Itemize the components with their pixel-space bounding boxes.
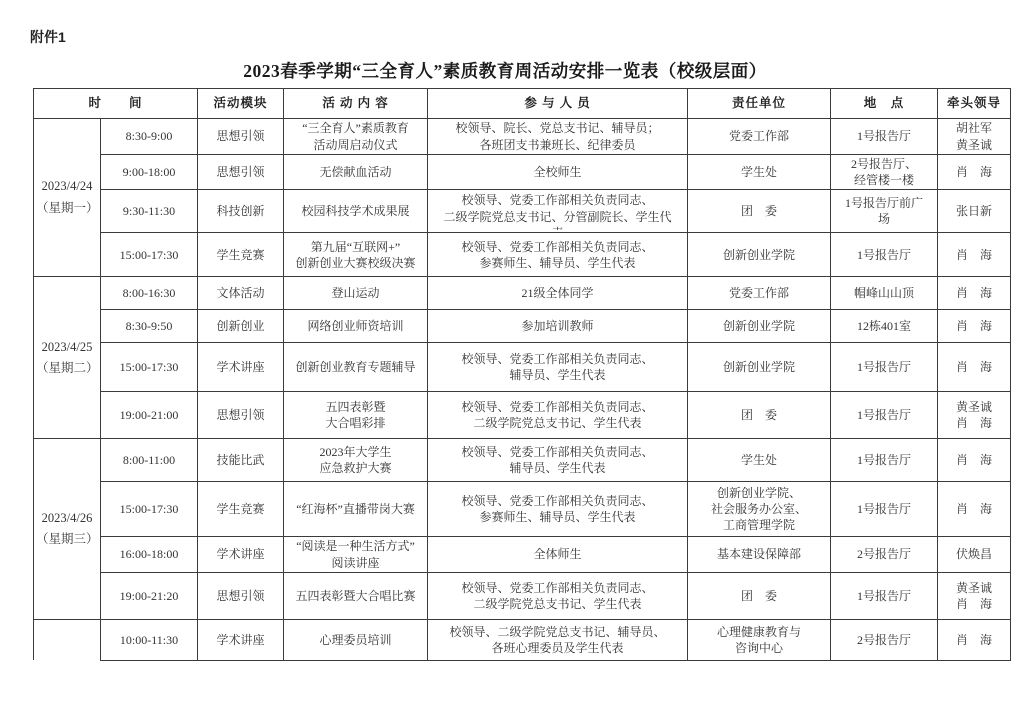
table-row: 2023/4/25 （星期二） 8:00-16:30 文体活动 登山运动 21级… bbox=[34, 277, 1011, 310]
cell-leader: 肖 海 bbox=[938, 233, 1011, 277]
page-title: 2023春季学期“三全育人”素质教育周活动安排一览表（校级层面） bbox=[0, 58, 1010, 83]
table-row: 2023/4/26 （星期三） 8:00-11:00 技能比武 2023年大学生… bbox=[34, 439, 1011, 482]
cell-content: 第九届“互联网+” 创新创业大赛校级决赛 bbox=[284, 233, 428, 277]
cell-module: 学生竞赛 bbox=[198, 482, 284, 537]
cell-leader: 肖 海 bbox=[938, 310, 1011, 343]
cell-participants: 校领导、党委工作部相关负责同志、 二级学院党总支书记、分管副院长、学生代 表 bbox=[428, 190, 688, 233]
cell-content: 五四表彰暨大合唱比赛 bbox=[284, 572, 428, 619]
document-page: 附件1 2023春季学期“三全育人”素质教育周活动安排一览表（校级层面） 时 间… bbox=[0, 0, 1024, 724]
cell-unit: 创新创业学院 bbox=[688, 233, 831, 277]
cell-participants: 校领导、党委工作部相关负责同志、 二级学院党总支书记、学生代表 bbox=[428, 392, 688, 439]
table-row: 15:00-17:30 学术讲座 创新创业教育专题辅导 校领导、党委工作部相关负… bbox=[34, 343, 1011, 392]
cell-time: 8:00-16:30 bbox=[101, 277, 198, 310]
cell-unit: 团 委 bbox=[688, 392, 831, 439]
cell-module: 学术讲座 bbox=[198, 537, 284, 572]
cell-location: 12栋401室 bbox=[831, 310, 938, 343]
cell-leader: 肖 海 bbox=[938, 439, 1011, 482]
cell-time: 9:00-18:00 bbox=[101, 155, 198, 190]
cell-content: 校园科技学术成果展 bbox=[284, 190, 428, 233]
cell-time: 8:30-9:00 bbox=[101, 119, 198, 155]
cell-content: 2023年大学生 应急救护大赛 bbox=[284, 439, 428, 482]
cell-time: 9:30-11:30 bbox=[101, 190, 198, 233]
cell-content: “阅读是一种生活方式” 阅读讲座 bbox=[284, 537, 428, 572]
cell-module: 思想引领 bbox=[198, 155, 284, 190]
cell-location: 1号报告厅 bbox=[831, 572, 938, 619]
cell-location: 1号报告厅 bbox=[831, 392, 938, 439]
header-module: 活动模块 bbox=[198, 89, 284, 119]
header-participants: 参 与 人 员 bbox=[428, 89, 688, 119]
cell-date bbox=[34, 619, 101, 660]
cell-leader: 肖 海 bbox=[938, 482, 1011, 537]
cell-content: 心理委员培训 bbox=[284, 619, 428, 660]
cell-time: 19:00-21:00 bbox=[101, 392, 198, 439]
cell-time: 8:30-9:50 bbox=[101, 310, 198, 343]
cell-content: 网络创业师资培训 bbox=[284, 310, 428, 343]
table-row: 15:00-17:30 学生竞赛 “红海杯”直播带岗大赛 校领导、党委工作部相关… bbox=[34, 482, 1011, 537]
attachment-label: 附件1 bbox=[30, 27, 66, 47]
table-row: 9:00-18:00 思想引领 无偿献血活动 全校师生 学生处 2号报告厅、 经… bbox=[34, 155, 1011, 190]
cell-unit: 创新创业学院、 社会服务办公室、 工商管理学院 bbox=[688, 482, 831, 537]
cell-participants: 21级全体同学 bbox=[428, 277, 688, 310]
cell-content: 登山运动 bbox=[284, 277, 428, 310]
table-row: 2023/4/24 （星期一） 8:30-9:00 思想引领 “三全育人”素质教… bbox=[34, 119, 1011, 155]
table-row: 8:30-9:50 创新创业 网络创业师资培训 参加培训教师 创新创业学院 12… bbox=[34, 310, 1011, 343]
cell-unit: 创新创业学院 bbox=[688, 310, 831, 343]
header-leader: 牵头领导 bbox=[938, 89, 1011, 119]
header-row: 时 间 活动模块 活 动 内 容 参 与 人 员 责任单位 地 点 牵头领导 bbox=[34, 89, 1011, 119]
cell-participants: 校领导、党委工作部相关负责同志、 参赛师生、辅导员、学生代表 bbox=[428, 233, 688, 277]
cell-time: 15:00-17:30 bbox=[101, 482, 198, 537]
cell-leader: 肖 海 bbox=[938, 155, 1011, 190]
cell-leader: 肖 海 bbox=[938, 343, 1011, 392]
table-row: 10:00-11:30 学术讲座 心理委员培训 校领导、二级学院党总支书记、辅导… bbox=[34, 619, 1011, 660]
cell-leader: 张日新 bbox=[938, 190, 1011, 233]
cell-participants: 全体师生 bbox=[428, 537, 688, 572]
cell-leader: 伏焕昌 bbox=[938, 537, 1011, 572]
cell-module: 学生竞赛 bbox=[198, 233, 284, 277]
cell-unit: 团 委 bbox=[688, 572, 831, 619]
cell-time: 19:00-21:20 bbox=[101, 572, 198, 619]
cell-participants: 校领导、二级学院党总支书记、辅导员、 各班心理委员及学生代表 bbox=[428, 619, 688, 660]
cell-participants: 校领导、党委工作部相关负责同志、 参赛师生、辅导员、学生代表 bbox=[428, 482, 688, 537]
cell-location: 1号报告厅 bbox=[831, 119, 938, 155]
table-row: 16:00-18:00 学术讲座 “阅读是一种生活方式” 阅读讲座 全体师生 基… bbox=[34, 537, 1011, 572]
cell-location: 1号报告厅 bbox=[831, 343, 938, 392]
cell-location: 帽峰山山顶 bbox=[831, 277, 938, 310]
cell-unit: 党委工作部 bbox=[688, 277, 831, 310]
cell-location: 1号报告厅 bbox=[831, 482, 938, 537]
cell-participants: 参加培训教师 bbox=[428, 310, 688, 343]
table-row: 9:30-11:30 科技创新 校园科技学术成果展 校领导、党委工作部相关负责同… bbox=[34, 190, 1011, 233]
cell-time: 15:00-17:30 bbox=[101, 343, 198, 392]
clipped-text: 校领导、党委工作部相关负责同志、 二级学院党总支书记、分管副院长、学生代 表 bbox=[430, 192, 685, 230]
cell-location: 1号报告厅 bbox=[831, 439, 938, 482]
cell-unit: 学生处 bbox=[688, 439, 831, 482]
table-row: 19:00-21:00 思想引领 五四表彰暨 大合唱彩排 校领导、党委工作部相关… bbox=[34, 392, 1011, 439]
cell-location: 2号报告厅 bbox=[831, 619, 938, 660]
header-location: 地 点 bbox=[831, 89, 938, 119]
cell-content: “红海杯”直播带岗大赛 bbox=[284, 482, 428, 537]
cell-unit: 心理健康教育与 咨询中心 bbox=[688, 619, 831, 660]
cell-module: 思想引领 bbox=[198, 392, 284, 439]
cell-time: 8:00-11:00 bbox=[101, 439, 198, 482]
cell-participants: 校领导、院长、党总支书记、辅导员； 各班团支书兼班长、纪律委员 bbox=[428, 119, 688, 155]
cell-location: 1号报告厅前广 场 bbox=[831, 190, 938, 233]
schedule-table: 时 间 活动模块 活 动 内 容 参 与 人 员 责任单位 地 点 牵头领导 2… bbox=[33, 88, 1011, 661]
cell-module: 文体活动 bbox=[198, 277, 284, 310]
cell-participants: 全校师生 bbox=[428, 155, 688, 190]
cell-unit: 学生处 bbox=[688, 155, 831, 190]
cell-module: 科技创新 bbox=[198, 190, 284, 233]
cell-content: 无偿献血活动 bbox=[284, 155, 428, 190]
cell-leader: 肖 海 bbox=[938, 277, 1011, 310]
cell-unit: 基本建设保障部 bbox=[688, 537, 831, 572]
cell-unit: 团 委 bbox=[688, 190, 831, 233]
cell-module: 学术讲座 bbox=[198, 343, 284, 392]
cell-unit: 党委工作部 bbox=[688, 119, 831, 155]
cell-module: 学术讲座 bbox=[198, 619, 284, 660]
cell-leader: 黄圣诚 肖 海 bbox=[938, 572, 1011, 619]
header-time: 时 间 bbox=[34, 89, 198, 119]
cell-content: 创新创业教育专题辅导 bbox=[284, 343, 428, 392]
header-content: 活 动 内 容 bbox=[284, 89, 428, 119]
cell-date: 2023/4/24 （星期一） bbox=[34, 119, 101, 277]
header-unit: 责任单位 bbox=[688, 89, 831, 119]
cell-leader: 肖 海 bbox=[938, 619, 1011, 660]
cell-leader: 黄圣诚 肖 海 bbox=[938, 392, 1011, 439]
cell-location: 2号报告厅 bbox=[831, 537, 938, 572]
cell-unit: 创新创业学院 bbox=[688, 343, 831, 392]
cell-module: 技能比武 bbox=[198, 439, 284, 482]
cell-content: “三全育人”素质教育 活动周启动仪式 bbox=[284, 119, 428, 155]
cell-date: 2023/4/26 （星期三） bbox=[34, 439, 101, 619]
cell-participants: 校领导、党委工作部相关负责同志、 辅导员、学生代表 bbox=[428, 439, 688, 482]
cell-module: 思想引领 bbox=[198, 572, 284, 619]
table-row: 19:00-21:20 思想引领 五四表彰暨大合唱比赛 校领导、党委工作部相关负… bbox=[34, 572, 1011, 619]
cell-module: 创新创业 bbox=[198, 310, 284, 343]
cell-time: 15:00-17:30 bbox=[101, 233, 198, 277]
cell-date: 2023/4/25 （星期二） bbox=[34, 277, 101, 439]
cell-location: 1号报告厅 bbox=[831, 233, 938, 277]
cell-participants: 校领导、党委工作部相关负责同志、 辅导员、学生代表 bbox=[428, 343, 688, 392]
cell-module: 思想引领 bbox=[198, 119, 284, 155]
cell-time: 16:00-18:00 bbox=[101, 537, 198, 572]
table-row: 15:00-17:30 学生竞赛 第九届“互联网+” 创新创业大赛校级决赛 校领… bbox=[34, 233, 1011, 277]
cell-content: 五四表彰暨 大合唱彩排 bbox=[284, 392, 428, 439]
cell-leader: 胡社军 黄圣诚 bbox=[938, 119, 1011, 155]
cell-time: 10:00-11:30 bbox=[101, 619, 198, 660]
cell-participants: 校领导、党委工作部相关负责同志、 二级学院党总支书记、学生代表 bbox=[428, 572, 688, 619]
cell-location: 2号报告厅、 经管楼一楼 bbox=[831, 155, 938, 190]
